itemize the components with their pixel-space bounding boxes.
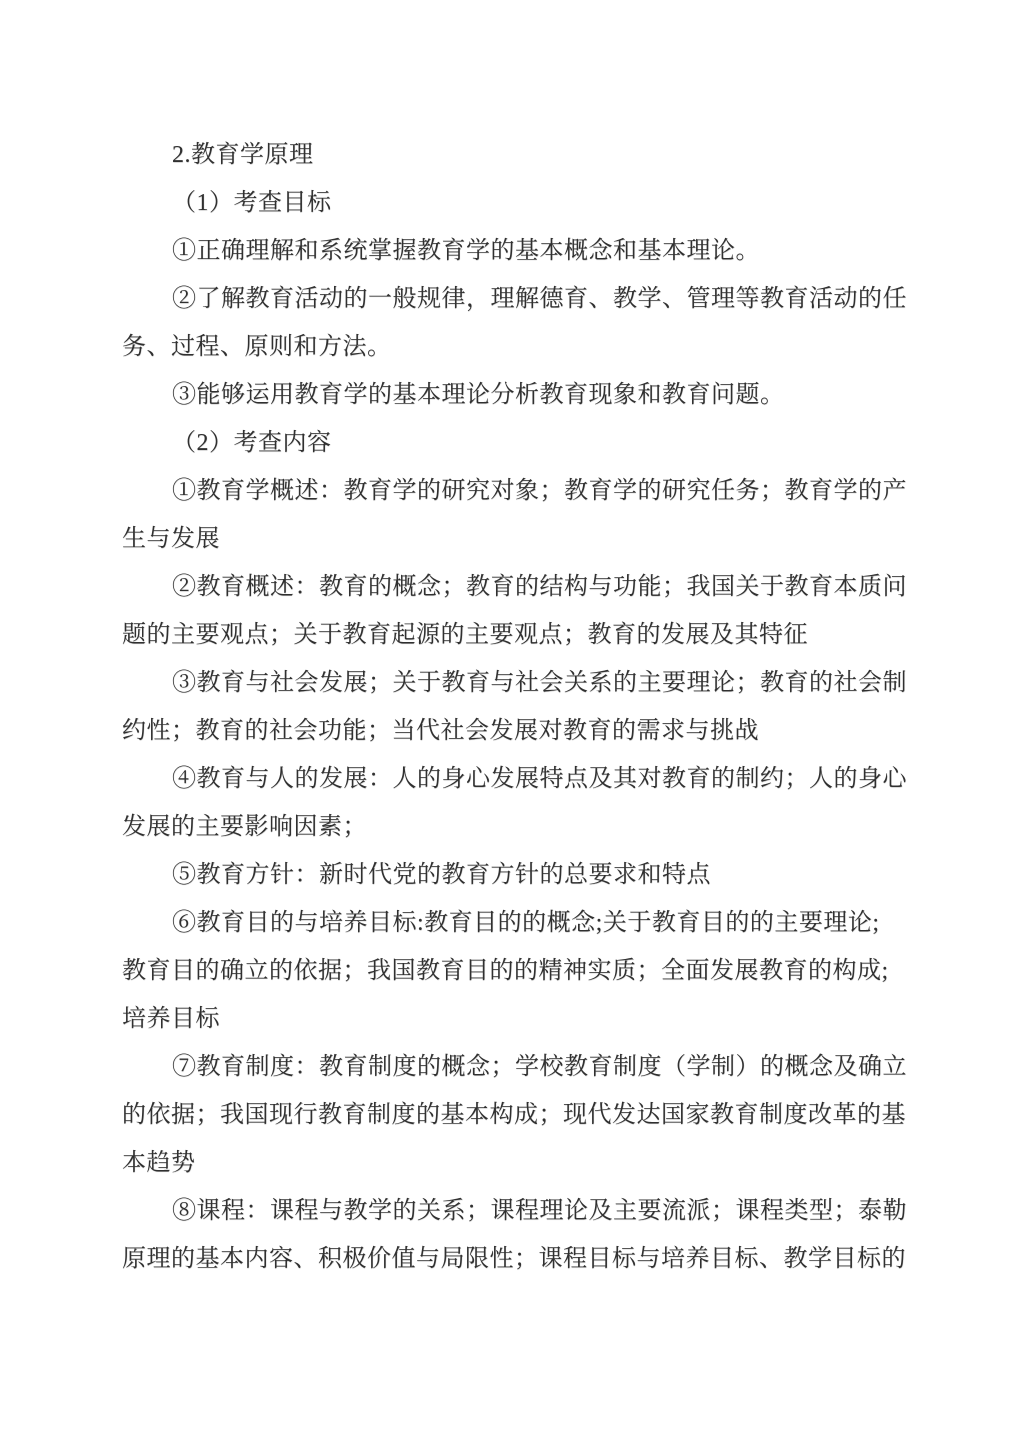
text-line: ③能够运用教育学的基本理论分析教育现象和教育问题。 bbox=[122, 371, 906, 419]
text-line: 的依据；我国现行教育制度的基本构成；现代发达国家教育制度改革的基 bbox=[122, 1091, 906, 1139]
text-line: 原理的基本内容、积极价值与局限性；课程目标与培养目标、教学目标的 bbox=[122, 1235, 906, 1283]
text-line: ②了解教育活动的一般规律，理解德育、教学、管理等教育活动的任 bbox=[122, 275, 906, 323]
text-line: 生与发展 bbox=[122, 515, 906, 563]
text-line: ⑧课程：课程与教学的关系；课程理论及主要流派；课程类型；泰勒 bbox=[122, 1187, 906, 1235]
text-line: 发展的主要影响因素； bbox=[122, 803, 906, 851]
text-line: 本趋势 bbox=[122, 1139, 906, 1187]
text-line: 务、过程、原则和方法。 bbox=[122, 323, 906, 371]
text-line: 约性；教育的社会功能；当代社会发展对教育的需求与挑战 bbox=[122, 707, 906, 755]
text-line: ⑤教育方针：新时代党的教育方针的总要求和特点 bbox=[122, 851, 906, 899]
text-line: ⑥教育目的与培养目标:教育目的的概念;关于教育目的的主要理论; bbox=[122, 899, 906, 947]
document-page: 2.教育学原理（1）考查目标①正确理解和系统掌握教育学的基本概念和基本理论。②了… bbox=[0, 0, 1024, 1448]
text-line: 培养目标 bbox=[122, 995, 906, 1043]
text-line: 教育目的确立的依据；我国教育目的的精神实质；全面发展教育的构成; bbox=[122, 947, 906, 995]
text-line: ①正确理解和系统掌握教育学的基本概念和基本理论。 bbox=[122, 227, 906, 275]
text-line: （1）考查目标 bbox=[122, 179, 906, 227]
text-line: ③教育与社会发展；关于教育与社会关系的主要理论；教育的社会制 bbox=[122, 659, 906, 707]
text-line: ④教育与人的发展：人的身心发展特点及其对教育的制约；人的身心 bbox=[122, 755, 906, 803]
text-line: ①教育学概述：教育学的研究对象；教育学的研究任务；教育学的产 bbox=[122, 467, 906, 515]
text-line: ②教育概述：教育的概念；教育的结构与功能；我国关于教育本质问 bbox=[122, 563, 906, 611]
text-line: （2）考查内容 bbox=[122, 419, 906, 467]
document-text-block: 2.教育学原理（1）考查目标①正确理解和系统掌握教育学的基本概念和基本理论。②了… bbox=[122, 131, 906, 1283]
text-line: 题的主要观点；关于教育起源的主要观点；教育的发展及其特征 bbox=[122, 611, 906, 659]
text-line: 2.教育学原理 bbox=[122, 131, 906, 179]
text-line: ⑦教育制度：教育制度的概念；学校教育制度（学制）的概念及确立 bbox=[122, 1043, 906, 1091]
